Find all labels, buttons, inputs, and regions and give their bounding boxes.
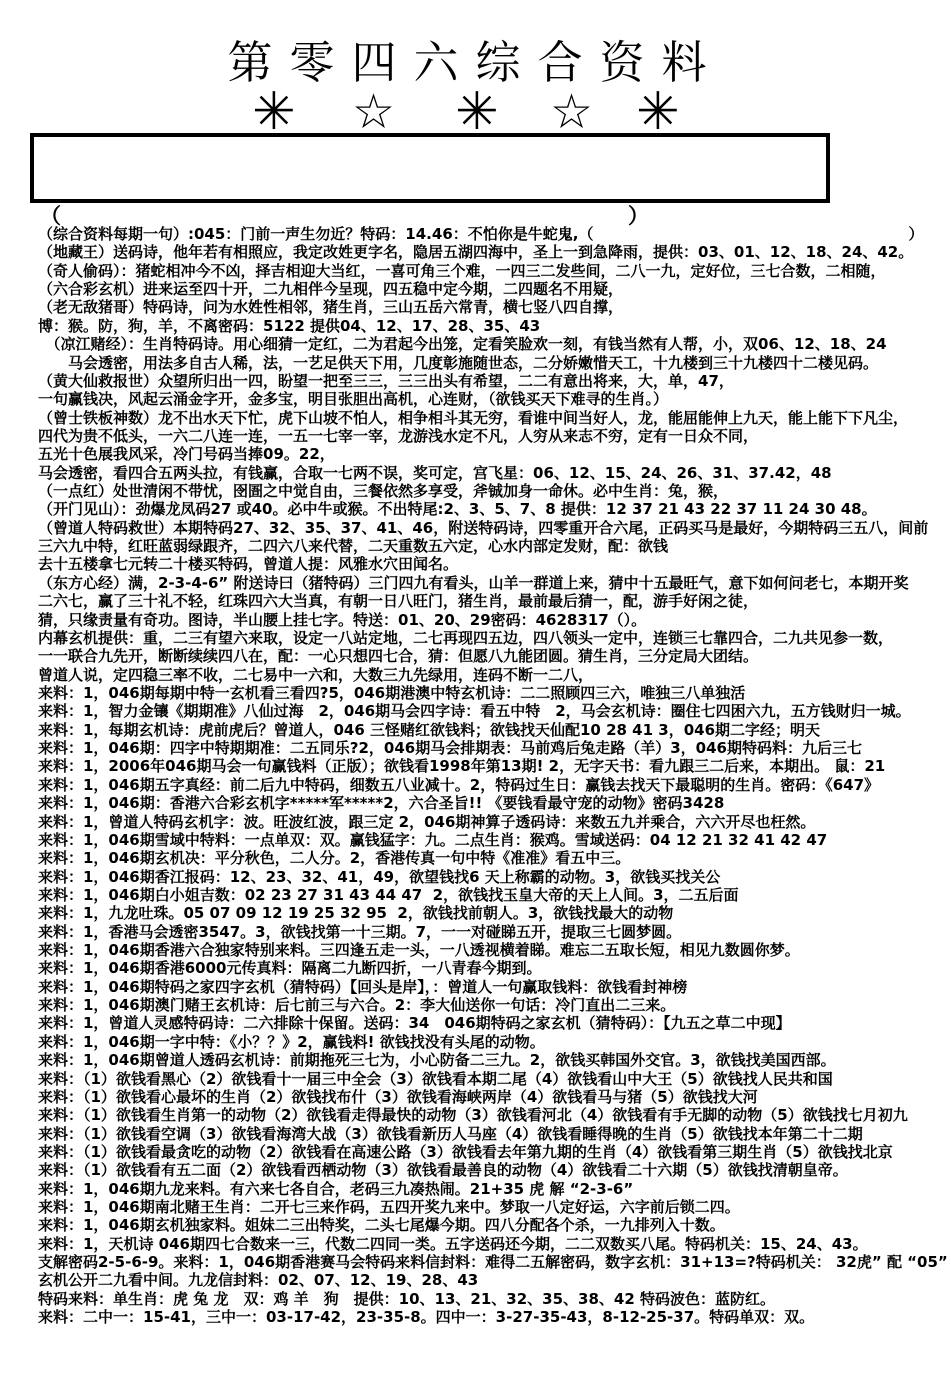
text-line: 来料：1，智力金镶《期期准》八仙过海 2，046期马会四字诗：看五中特 2，马会… — [38, 702, 951, 720]
text-line: （曾士铁板神数）龙不出水天下忙，虎下山坡不怕人，相争相斗其无穷，看谁中间当好人，… — [38, 409, 951, 427]
content-lines: （综合资料每期一句）:045：门前一声生勿近？特码：14.46：不怕你是牛蛇鬼,… — [38, 225, 951, 1327]
text-line: （一点红）处世清闲不带忧，囹圄之中觉自由，三餐依然多享受，斧铖加身一命休。必中生… — [38, 482, 951, 500]
banner-box — [30, 133, 830, 203]
text-line: 来料：1，每期玄机诗：虎前虎后？曾道人，046 三怪赌红欲钱料；欲钱找天仙配10… — [38, 721, 951, 739]
text-line: 来料：1，046期九龙来料。有六来七各自合，老码三九凑热闹。21+35 虎 解 … — [38, 1180, 951, 1198]
text-line: 来料：1，046期香港6000元传真料：隔离二九断四折，一八青春今期到。 — [38, 959, 951, 977]
eight-spoke-asterisk-icon: ✳ — [252, 86, 296, 138]
text-line: （老无敌猪哥）特码诗，问为水姓性相邻，猪生肖，三山五岳六常青，横七竖八四自撑， — [38, 298, 951, 316]
text-line: 来料：1，046期香港六合独家特别来料。三四逢五走一头，一八透视横着睇。难忘二五… — [38, 941, 951, 959]
text-line: 来料：1，046期玄机独家料。姐妹二三出特奖，二头七尾爆今期。四八分配各个杀，一… — [38, 1216, 951, 1234]
text-line: 来料：（1）欲钱看生肖第一的动物（2）欲钱看走得最快的动物（3）欲钱看河北（4）… — [38, 1106, 951, 1124]
text-line: 去十五楼拿七元转二十楼买特码，曾道人提：风雅水穴田闻名。 — [38, 555, 951, 573]
text-line: 博：猴。防，狗，羊，不离密码：5122 提供04、12、17、28、35、43 — [38, 317, 951, 335]
text-line: 来料：1，2006年046期马会一句赢钱料（正版）；欲钱看1998年第13期! … — [38, 757, 951, 775]
text-line: 猜，只缘责量有奇功。图诗，半山腰上挂七字。特送：01、20、29密码：46283… — [38, 611, 951, 629]
text-line: 马会透密，看四合五两头拉，有钱赢，合取一七两不误，奖可定，宫飞星：06、12、1… — [38, 464, 951, 482]
eight-spoke-asterisk-icon: ✳ — [636, 86, 680, 138]
white-star-icon: ☆ — [550, 88, 593, 136]
text-line: 来料：1，046期特码之家四字玄机（猜特码）【回头是岸】，：曾道人一句赢取钱料：… — [38, 978, 951, 996]
text-line: 特码来料：单生肖：虎 兔 龙 双：鸡 羊 狗 提供：10、13、21、32、35… — [38, 1290, 951, 1308]
text-line: （黄大仙救报世）众望所归出一四，盼望一把至三三，三三出头有希望，二二有意出将来，… — [38, 372, 951, 390]
text-line: 来料：1，九龙吐珠。05 07 09 12 19 25 32 95 2，欲钱找前… — [38, 904, 951, 922]
text-line: （综合资料每期一句）:045：门前一声生勿近？特码：14.46：不怕你是牛蛇鬼,… — [38, 225, 951, 243]
text-line: 来料：1，046期雪域中特料：一点单双：双。赢钱猛字：九。二点生肖：猴鸡。雪域送… — [38, 831, 951, 849]
text-line: （东方心经）满，2-3-4-6” 附送诗曰（猪特码）三门四九有看头，山羊一群道上… — [38, 574, 951, 592]
text-line: 玄机公开二九看中间。九龙信封料：02、07、12、19、28、43 — [38, 1271, 951, 1289]
text-line: 来料：1，046期白小姐吉数：02 23 27 31 43 44 47 2，欲钱… — [38, 886, 951, 904]
text-line: 来料：1，046期：四字中特期期准：二五同乐?2，046期马会排期表：马前鸡后兔… — [38, 739, 951, 757]
text-line: 来料：二中一：15-41，三中一：03-17-42，23-35-8。四中一：3-… — [38, 1308, 951, 1326]
text-line: 来料：1，天机诗 046期四七合数来一三，代数二四同一类。五字送码还今期，二二双… — [38, 1235, 951, 1253]
text-line: （奇人偷码）：猪蛇相冲今不凶，择吉相迎大当红，一喜可角三个难，一四三二发些间，二… — [38, 262, 951, 280]
text-line: 来料：1，曾道人特码玄机字：波。旺波红波，跟三定 2，046期神算子透码诗：来数… — [38, 813, 951, 831]
text-line: 来料：1，香港马会透密3547。3，欲钱找第一十三期。7，一一对碰睇五开，提取三… — [38, 923, 951, 941]
text-line: 来料：（1）欲钱看最贪吃的动物（2）欲钱看在高速公路（3）欲钱看去年第九期的生肖… — [38, 1143, 951, 1161]
text-line: 内幕玄机提供：重，二三有望六来取，设定一八站定地，二七再现四五边，四八领头一定中… — [38, 629, 951, 647]
text-line: 来料：1，046期香江报码：12、23、32、41，49，欲望钱找6 天上称霸的… — [38, 868, 951, 886]
text-line: 来料：1，046期每期中特一玄机看三看四?5，046期港澳中特玄机诗：二二照顾四… — [38, 684, 951, 702]
text-line: 二六七，赢了三十礼不轻，红珠四六大当真，有朝一日八旺门，猪生肖，最前最后猜一，配… — [38, 592, 951, 610]
text-line: 来料：（1）欲钱看有五二面（2）欲钱看西栖动物（3）欲钱看最善良的动物（4）欲钱… — [38, 1161, 951, 1179]
eight-spoke-asterisk-icon: ✳ — [455, 86, 499, 138]
text-line: 支解密码2-5-6-9。来料：1，046期香港赛马会特码来料信封料：难得二五解密… — [38, 1253, 951, 1271]
text-line: （曾道人特码救世）本期特码27、32、35、37、41、46，附送特码诗，四零重… — [38, 519, 951, 537]
text-line: 一一联合九先开，断断续续四八在，配：一心只想四七合，猜：但愿八九能团圆。猜生肖，… — [38, 647, 951, 665]
text-line: 三六九中特，红旺蓝弱绿跟齐，二四六八来代替，二天重数五六定，心水内部定发财，配：… — [38, 537, 951, 555]
text-line: 来料：1，046期澳门赌王玄机诗：后七前三与六合。2：李大仙送你一句话：冷门直出… — [38, 996, 951, 1014]
text-line: 来料：1，046期玄机决：平分秋色，二人分。2，香港传真一句中特《准准》看五中三… — [38, 849, 951, 867]
white-star-icon: ☆ — [352, 88, 395, 136]
text-line: 来料：1，046期：香港六合彩玄机字*****军*****2，六合圣旨!! 《要… — [38, 794, 951, 812]
text-line: 来料：1，046期南北赌王生肖：二开七三来作码，五四开奖九来中。梦取一八定好运，… — [38, 1198, 951, 1216]
text-line: （六合彩玄机）进来运至四十开，二九相伴今呈现，四五稳中定今期，二四题名不用疑， — [38, 280, 951, 298]
text-line: 来料：（1）欲钱看空调（3）欲钱看海湾大战（3）欲钱看新历人马座（4）欲钱看睡得… — [38, 1125, 951, 1143]
page: 第零四六综合资料 ✳☆✳☆✳ （ ） （综合资料每期一句）:045：门前一声生勿… — [0, 0, 951, 1391]
text-line: 来料：（1）欲钱看心最坏的生肖（2）欲钱找布什（3）欲钱看海峡两岸（4）欲钱看马… — [38, 1088, 951, 1106]
caption-parens: （ ） — [0, 200, 951, 224]
text-line: （开门见山）：劲爆龙凤码27 或40。必中牛或猴。不出特尾:2、3、5、7、8 … — [38, 500, 951, 518]
text-line: 四代为贵不低头，一六二八连一连，一五一七宰一宰，龙游浅水定不凡，人穷从来志不穷，… — [38, 427, 951, 445]
text-line: 来料：1，046期曾道人透码玄机诗：前期拖死三七为，小心防备二三九。2，欲钱买韩… — [38, 1051, 951, 1069]
text-line: 来料：1，046期一字中特：《小？？》2，赢钱料! 欲钱找没有头尾的动物。 — [38, 1033, 951, 1051]
text-line: 来料：1，046期五字真经：前二后九中特码，细数五八业减十。2，特码过生日：赢钱… — [38, 776, 951, 794]
text-line: 一句赢钱决，风起云涌金字开，金多宝，明目张胆出高机，心连财，（欲钱买天下难寻的生… — [38, 390, 951, 408]
text-line: （地藏王）送码诗，他年若有相照应，我定改姓更字名，隐居五湖四海中，圣上一到急降雨… — [38, 243, 951, 261]
text-line: 来料：（1）欲钱看黑心（2）欲钱看十一届三中全会（3）欲钱看本期二尾（4）欲钱看… — [38, 1070, 951, 1088]
text-line: 五光十色展我风采，冷门号码当捧09。22， — [38, 445, 951, 463]
text-line: 曾道人说，定四稳三率不收，二七易中一六和，大数三九先绿用，连码不断一二八， — [38, 666, 951, 684]
text-line: 马会透密，用法多自古人稀，法，一艺足供天下用，几度彰施随世态，二分娇嫩惜天工，十… — [38, 354, 951, 372]
text-line: （凉江赌经）：生肖特码诗。用心细猜一定红，二为君起今出笼，定看笑脸欢一刻，有钱当… — [38, 335, 951, 353]
text-line: 来料：1，曾道人灵感特码诗：二六排除十保留。送码：34 046期特码之家玄机（猜… — [38, 1014, 951, 1032]
